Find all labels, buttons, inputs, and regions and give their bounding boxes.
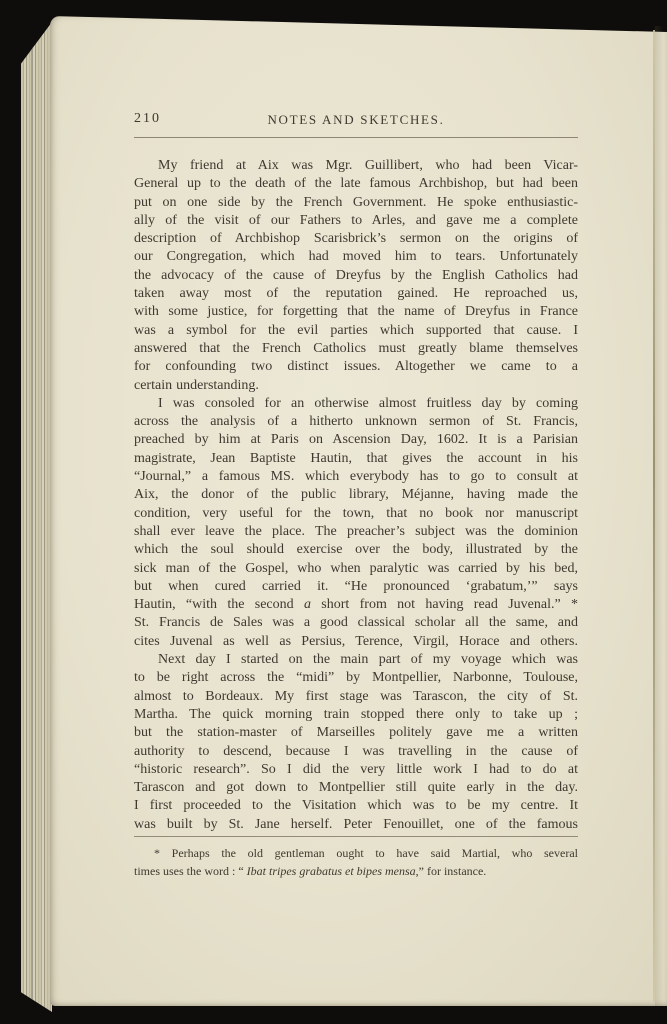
text-line: Martha. The quick morning train stopped … (134, 706, 578, 724)
text-line: across the analysis of a hitherto unknow… (134, 413, 578, 431)
text-line: “historic research”. So I did the very l… (134, 761, 578, 779)
footnote-text: * Perhaps the old gentleman ought to hav… (134, 845, 578, 880)
text-line: General up to the death of the late famo… (134, 175, 578, 193)
text-line: for confounding two distinct issues. Alt… (134, 358, 578, 376)
text-line: to be right across the “midi” by Montpel… (134, 669, 578, 687)
body-text: My friend at Aix was Mgr. Guillibert, wh… (134, 157, 578, 834)
text-line: with some justice, for forgetting that t… (134, 303, 578, 321)
text-line: magistrate, Jean Baptiste Hautin, that g… (134, 450, 578, 468)
gutter-shading (655, 26, 667, 1006)
text-line: almost to Bordeaux. My first stage was T… (134, 688, 578, 706)
text-line: put on one side by the French Government… (134, 194, 578, 212)
text-line: I was consoled for an otherwise almost f… (134, 395, 578, 413)
text-line: description of Archbishop Scarisbrick’s … (134, 230, 578, 248)
text-line: taken away most of the reputation gained… (134, 285, 578, 303)
text-line: condition, very useful for the town, tha… (134, 505, 578, 523)
text-line: I first proceeded to the Visitation whic… (134, 797, 578, 815)
text-line: but the station-master of Marseilles pol… (134, 724, 578, 742)
text-line: Tarascon and got down to Montpellier sti… (134, 779, 578, 797)
text-line: * Perhaps the old gentleman ought to hav… (134, 845, 578, 863)
text-line: our Congregation, which had moved him to… (134, 248, 578, 266)
paragraph: I was consoled for an otherwise almost f… (134, 395, 578, 651)
text-line: “Journal,” a famous MS. which everybody … (134, 468, 578, 486)
text-line: was a symbol for the evil parties which … (134, 322, 578, 340)
text-line: the advocacy of the cause of Dreyfus by … (134, 267, 578, 285)
text-line: Hautin, “with the second a short from no… (134, 596, 578, 614)
text-line: sick man of the Gospel, who when paralyt… (134, 560, 578, 578)
text-line: was built by St. Jane herself. Peter Fen… (134, 816, 578, 834)
text-line: ally of the visit of our Fathers to Arle… (134, 212, 578, 230)
text-line: shall ever leave the place. The preacher… (134, 523, 578, 541)
text-line: but when cured carried it. “He pronounce… (134, 578, 578, 596)
text-line: certain understanding. (134, 377, 578, 395)
text-line: Next day I started on the main part of m… (134, 651, 578, 669)
text-line: which the soul should exercise over the … (134, 541, 578, 559)
text-line: authority to descend, because I was trav… (134, 743, 578, 761)
text-line: times uses the word : “ Ibat tripes grab… (134, 863, 578, 881)
footnote-rule (134, 836, 578, 837)
text-line: St. Francis de Sales was a good classica… (134, 614, 578, 632)
page-header: 210 NOTES AND SKETCHES. (134, 111, 578, 129)
text-line: cites Juvenal as well as Persius, Terenc… (134, 633, 578, 651)
book-page: 210 NOTES AND SKETCHES. My friend at Aix… (50, 16, 667, 1006)
paragraph: My friend at Aix was Mgr. Guillibert, wh… (134, 157, 578, 395)
text-line: Aix, the donor of the public library, Mé… (134, 486, 578, 504)
paragraph: Next day I started on the main part of m… (134, 651, 578, 834)
text-line: preached by him at Paris on Ascension Da… (134, 431, 578, 449)
page-stack-edges (21, 22, 52, 1012)
running-title: NOTES AND SKETCHES. (134, 112, 578, 128)
book-photo: { "colors": { "background": "#0f0d0b", "… (0, 0, 667, 1024)
header-rule (134, 137, 578, 138)
text-line: My friend at Aix was Mgr. Guillibert, wh… (134, 157, 578, 175)
text-line: answered that the French Catholics must … (134, 340, 578, 358)
